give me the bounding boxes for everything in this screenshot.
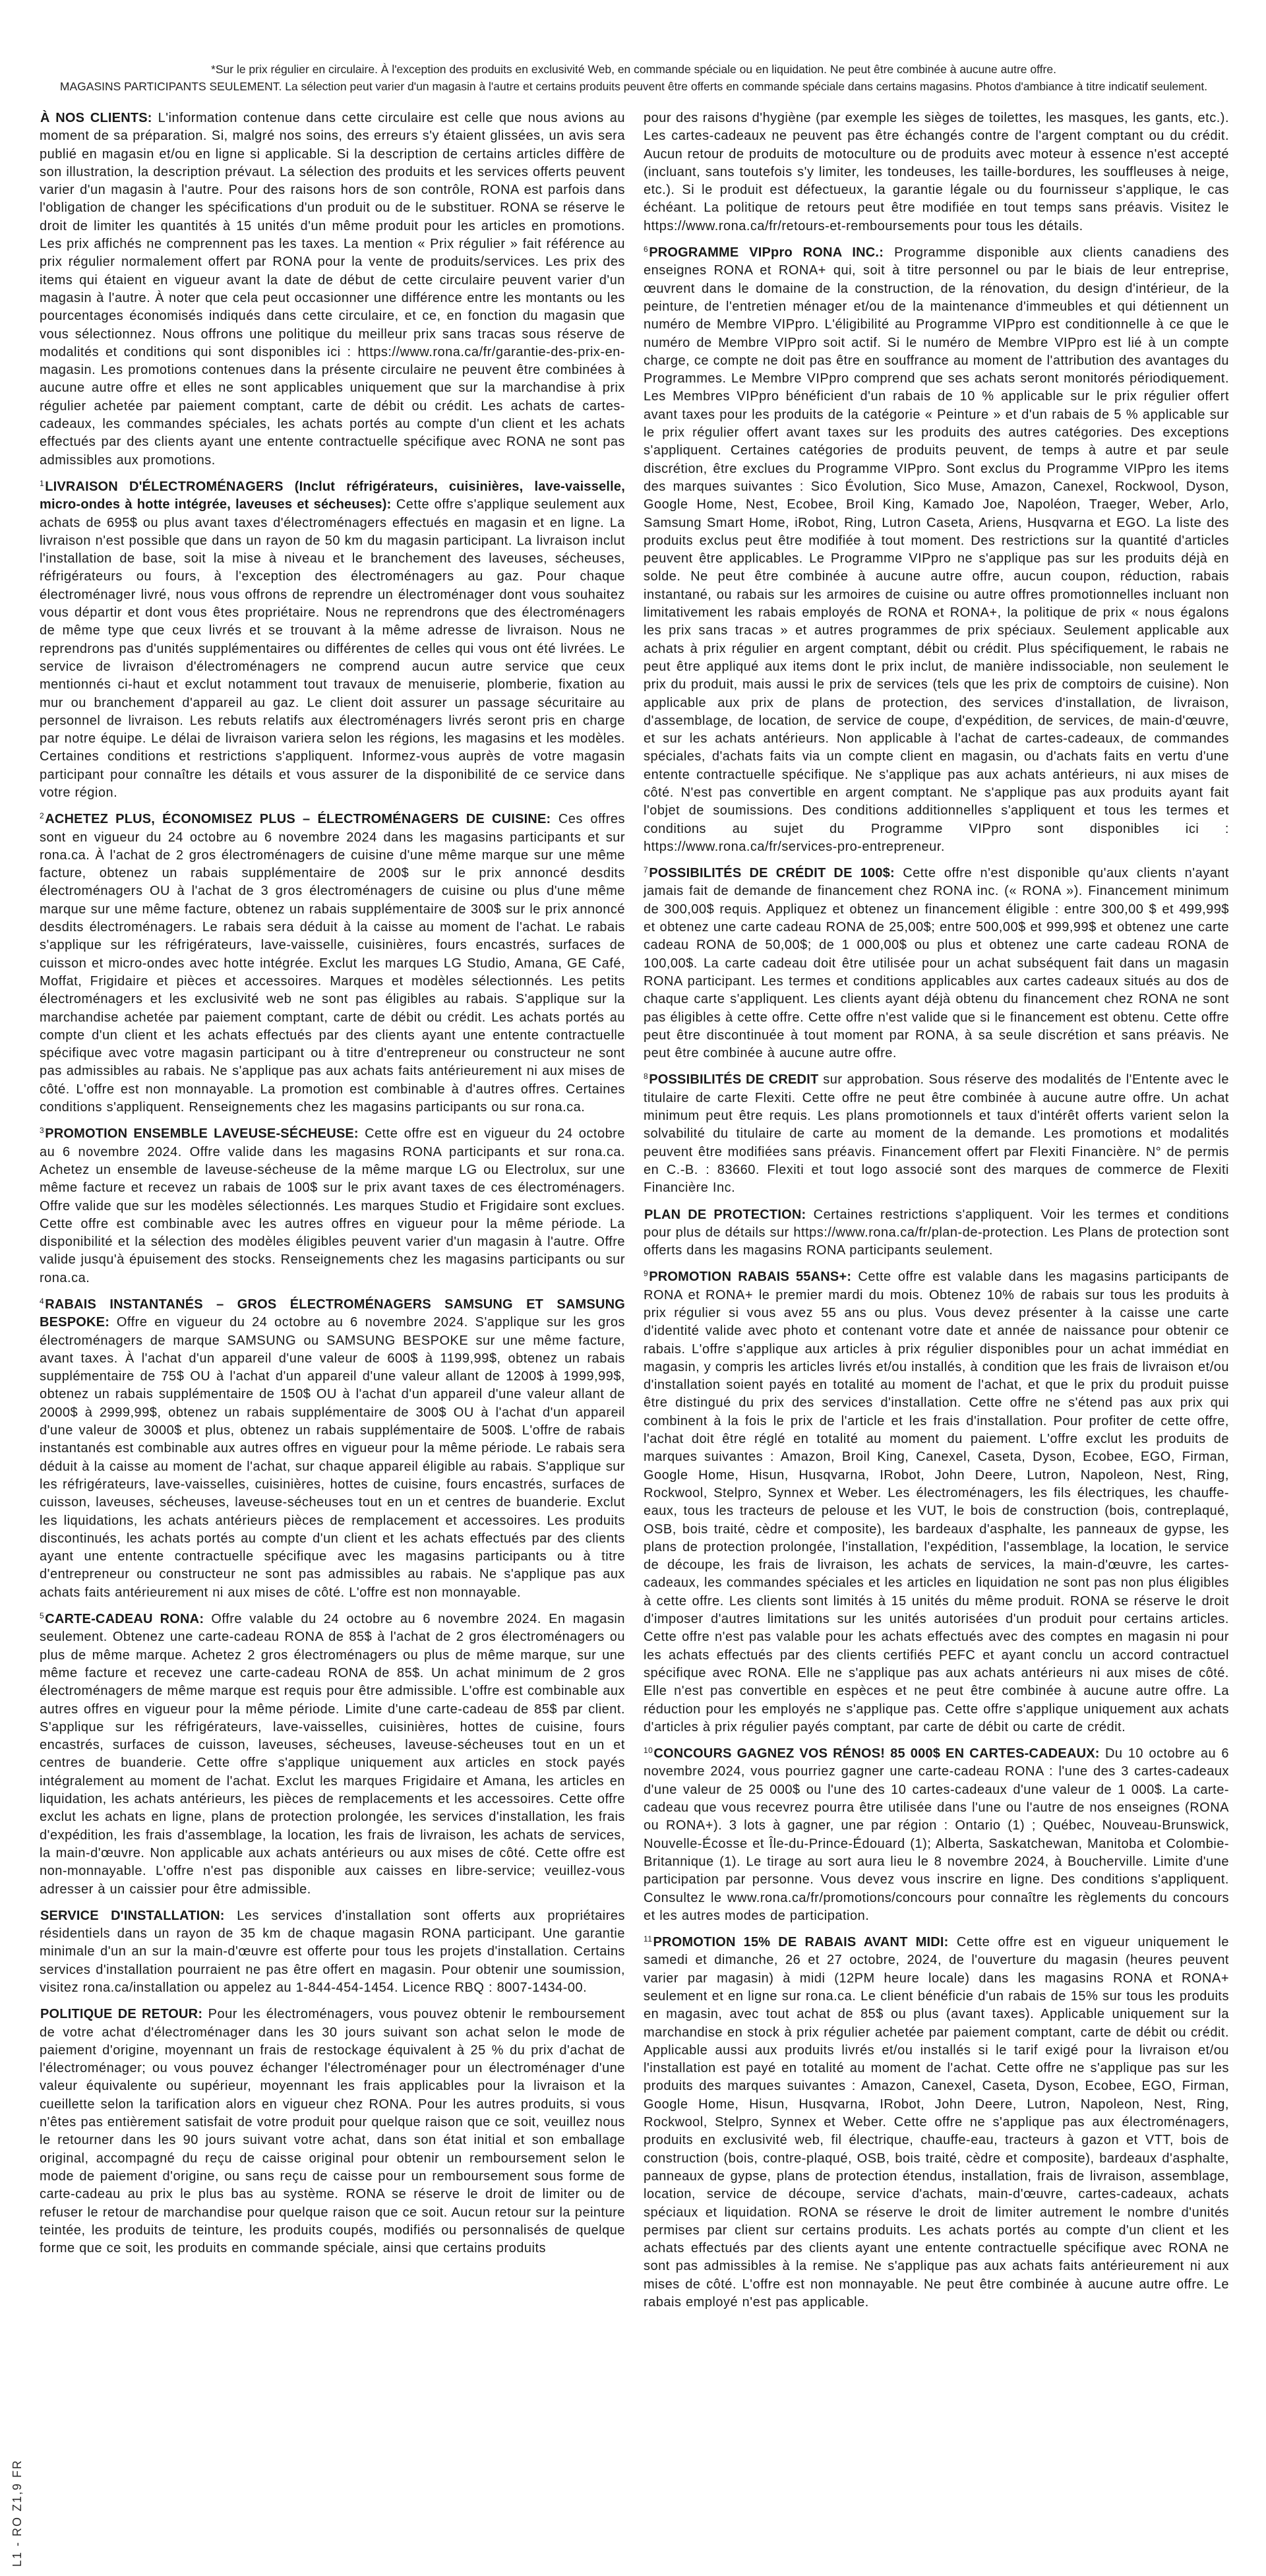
section-header: ACHETEZ PLUS, ÉCONOMISEZ PLUS – ÉLECTROM… [45,812,551,826]
section-body: sur approbation. Sous réserve des modali… [644,1072,1229,1195]
footnote-marker: 7 [644,865,648,874]
section-body: Du 10 octobre au 6 novembre 2024, vous p… [644,1746,1229,1923]
section-header: PROMOTION ENSEMBLE LAVEUSE-SÉCHEUSE: [45,1126,359,1141]
section-retour-continuation: pour des raisons d'hygiène (par exemple … [644,109,1229,235]
section-service-installation: SERVICE D'INSTALLATION: Les services d'i… [40,1907,625,1997]
section-a-nos-clients: À NOS CLIENTS: L'information contenue da… [40,109,625,470]
disclaimer-line-2: MAGASINS PARTICIPANTS SEULEMENT. La séle… [38,78,1229,95]
section-body: Offre en vigueur du 24 octobre au 6 nove… [40,1315,625,1599]
section-header: PLAN DE PROTECTION: [644,1208,806,1222]
section-politique-de-retour: POLITIQUE DE RETOUR: Pour les électromén… [40,2006,625,2257]
section-programme-vippro: 6PROGRAMME VIPpro RONA INC.: Programme d… [644,244,1229,856]
footnote-marker: 8 [644,1072,648,1081]
section-header: CARTE-CADEAU RONA: [45,1612,204,1626]
section-body: Cette offre n'est disponible qu'aux clie… [644,866,1229,1060]
section-plan-de-protection: PLAN DE PROTECTION: Certaines restrictio… [644,1206,1229,1260]
section-header: CONCOURS GAGNEZ VOS RÉNOS! 85 000$ EN CA… [653,1746,1099,1761]
section-possibilites-credit-100: 7POSSIBILITÉS DE CRÉDIT DE 100$: Cette o… [644,865,1229,1062]
section-header: POSSIBILITÉS DE CREDIT [649,1072,818,1087]
footnote-marker: 6 [644,245,648,254]
footnote-marker: 3 [40,1126,44,1135]
section-carte-cadeau-rona: 5CARTE-CADEAU RONA: Offre valable du 24 … [40,1610,625,1899]
print-margin-code: L1 - RO Z1,9 FR [11,2459,24,2567]
section-livraison-electromenagers: 1LIVRAISON D'ÉLECTROMÉNAGERS (Inclut réf… [40,478,625,802]
section-promotion-rabais-55ans: 9PROMOTION RABAIS 55ANS+: Cette offre es… [644,1268,1229,1736]
section-body: Cette offre est en vigueur du 24 octobre… [40,1126,625,1285]
footnote-marker: 2 [40,811,44,820]
section-header: PROMOTION 15% DE RABAIS AVANT MIDI: [653,1935,948,1949]
section-header: POLITIQUE DE RETOUR: [40,2007,202,2021]
section-promotion-ensemble-laveuse-secheuse: 3PROMOTION ENSEMBLE LAVEUSE-SÉCHEUSE: Ce… [40,1125,625,1287]
section-body: Cette offre est en vigueur uniquement le… [644,1935,1229,2310]
section-header: À NOS CLIENTS: [40,111,152,125]
footnote-marker: 1 [40,479,44,488]
section-concours-gagnez-vos-renos: 10CONCOURS GAGNEZ VOS RÉNOS! 85 000$ EN … [644,1745,1229,1925]
flyer-legal-page: *Sur le prix régulier en circulaire. À l… [0,0,1266,2576]
footnote-marker: 11 [644,1934,652,1944]
section-header: POSSIBILITÉS DE CRÉDIT DE 100$: [649,866,895,880]
footnote-marker: 9 [644,1269,648,1278]
section-body: Cette offre s'applique seulement aux ach… [40,497,625,800]
section-promotion-15-avant-midi: 11PROMOTION 15% DE RABAIS AVANT MIDI: Ce… [644,1934,1229,2312]
section-body: Ces offres sont en vigueur du 24 octobre… [40,812,625,1115]
left-column: À NOS CLIENTS: L'information contenue da… [40,109,625,2266]
disclaimer-line-1: *Sur le prix régulier en circulaire. À l… [38,61,1229,78]
section-header: PROGRAMME VIPpro RONA INC.: [649,245,884,260]
right-column: pour des raisons d'hygiène (par exemple … [644,109,1229,2320]
section-body: Offre valable du 24 octobre au 6 novembr… [40,1612,625,1896]
section-body: Programme disponible aux clients canadie… [644,245,1229,854]
footnote-marker: 4 [40,1297,44,1306]
section-body: Pour les électroménagers, vous pouvez ob… [40,2007,625,2255]
section-body: pour des raisons d'hygiène (par exemple … [644,111,1229,233]
section-body: L'information contenue dans cette circul… [40,111,625,468]
section-rabais-instantanes-samsung: 4RABAIS INSTANTANÉS – GROS ÉLECTROMÉNAGE… [40,1296,625,1602]
section-header: SERVICE D'INSTALLATION: [40,1909,225,1923]
footnote-marker: 5 [40,1611,44,1620]
footnote-marker: 10 [644,1746,653,1755]
section-achetez-plus-economisez-plus: 2ACHETEZ PLUS, ÉCONOMISEZ PLUS – ÉLECTRO… [40,811,625,1117]
section-header: PROMOTION RABAIS 55ANS+: [649,1270,851,1284]
section-body: Cette offre est valable dans les magasin… [644,1270,1229,1734]
section-possibilites-credit-approbation: 8POSSIBILITÉS DE CREDIT sur approbation.… [644,1071,1229,1197]
top-disclaimers: *Sur le prix régulier en circulaire. À l… [38,61,1229,95]
